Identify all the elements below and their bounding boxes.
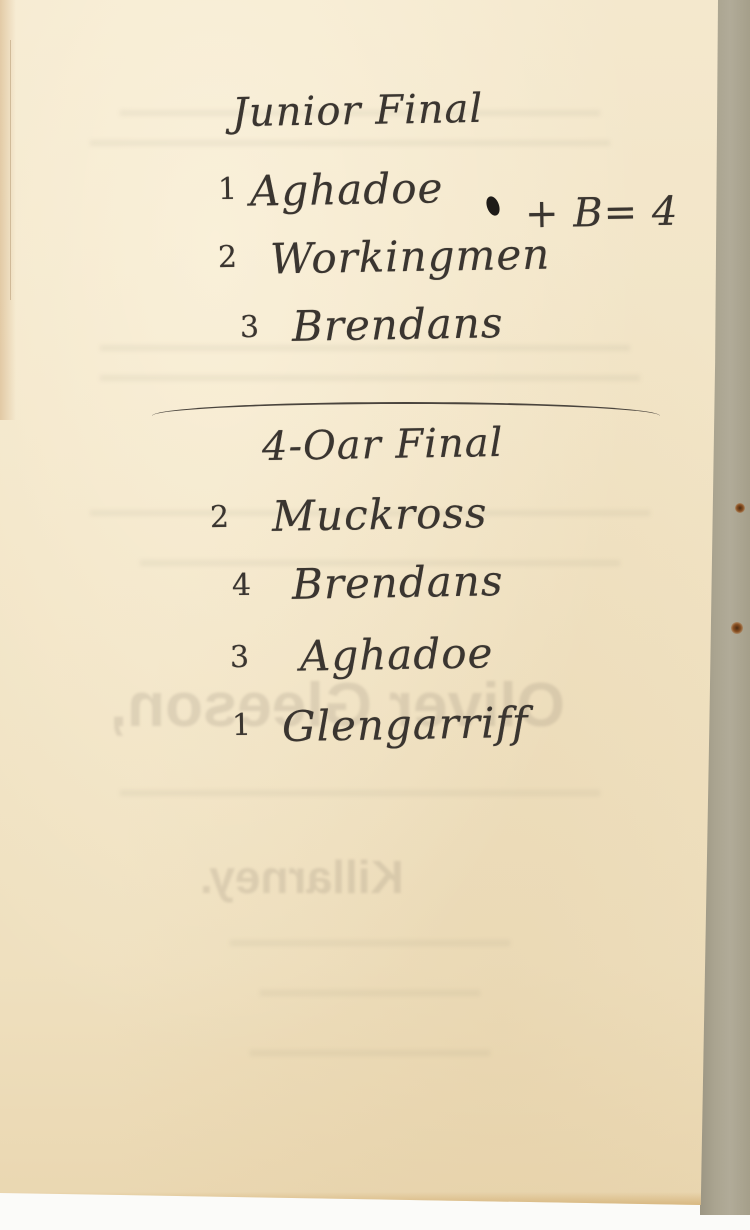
showthrough-line: [120, 790, 600, 796]
showthrough-line: [250, 1050, 490, 1056]
page-worn-edge: [0, 1192, 718, 1206]
four-oar-entry-1-name: Muckross: [272, 488, 488, 541]
four-oar-entry-4-position: 1: [232, 708, 253, 743]
staple-rust-mark: [731, 622, 743, 634]
showthrough-line: [260, 990, 480, 996]
ink-blot: [484, 195, 502, 218]
junior-entry-2-name: Workingmen: [270, 230, 551, 284]
showthrough-line: [230, 940, 510, 946]
four-oar-entry-3-name: Aghadoe: [300, 628, 494, 680]
junior-entry-2-position: 2: [218, 240, 239, 275]
four-oar-entry-3-position: 3: [230, 640, 251, 675]
page-crease: [10, 40, 11, 300]
junior-final-heading: Junior Final: [232, 86, 484, 136]
junior-entry-3-name: Brendans: [292, 298, 504, 351]
document-scene: Oliver Gleeson, Killarney. Junior Final …: [0, 0, 750, 1230]
junior-entry-3-position: 3: [240, 310, 261, 345]
showthrough-line: [100, 375, 640, 381]
staple-rust-mark: [735, 503, 745, 513]
four-oar-final-heading: 4-Oar Final: [262, 420, 504, 470]
junior-entry-1-position: 1: [218, 172, 239, 207]
showthrough-town: Killarney.: [200, 850, 404, 904]
paper-page: Oliver Gleeson, Killarney. Junior Final …: [0, 0, 718, 1205]
junior-entry-1-name: Aghadoe: [250, 163, 444, 215]
four-oar-entry-2-position: 4: [232, 568, 253, 603]
page-fold-shadow: [0, 0, 16, 420]
four-oar-entry-2-name: Brendans: [292, 556, 504, 609]
section-divider: [152, 402, 660, 416]
showthrough-line: [90, 140, 610, 146]
four-oar-entry-1-position: 2: [210, 500, 231, 535]
four-oar-entry-4-name: Glengarriff: [282, 698, 529, 751]
